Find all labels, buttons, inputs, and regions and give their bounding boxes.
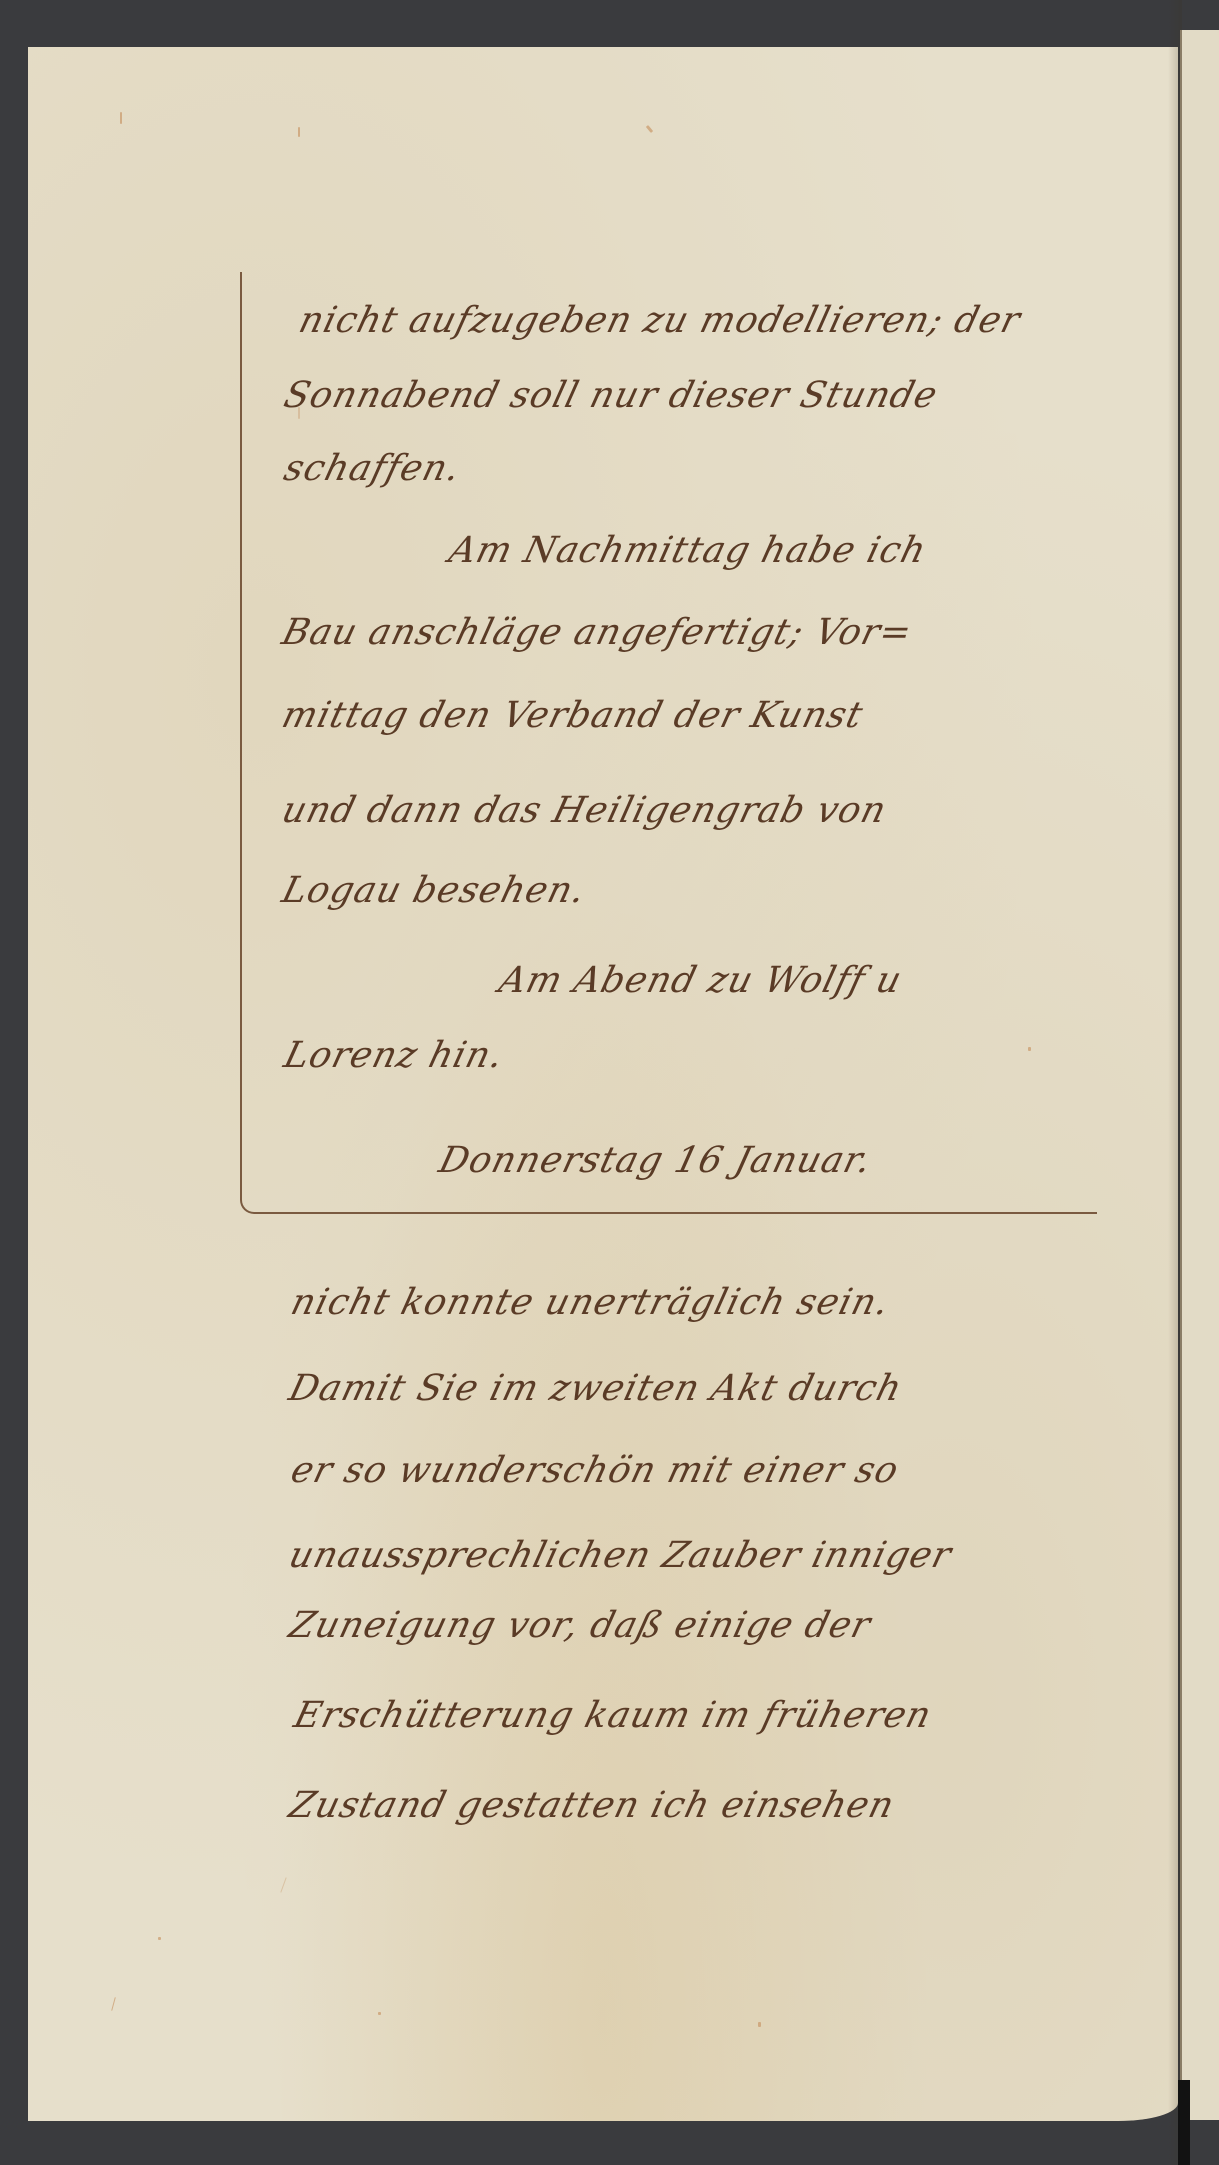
body-line: unaussprechlichen Zauber inniger: [285, 1535, 956, 1576]
date-heading: Donnerstag 16 Januar.: [435, 1140, 876, 1181]
body-line: Zustand gestatten ich einsehen: [285, 1785, 899, 1826]
adjacent-page-edge: [1180, 30, 1219, 2120]
framed-line: und dann das Heiligengrab von: [278, 790, 891, 831]
framed-line: Lorenz hin.: [280, 1035, 508, 1076]
framed-line: Sonnabend soll nur dieser Stunde: [280, 375, 942, 416]
body-line: Erschütterung kaum im früheren: [290, 1695, 936, 1736]
framed-line: Bau anschläge angefertigt; Vor=: [278, 612, 917, 653]
body-line: nicht konnte unerträglich sein.: [287, 1282, 894, 1323]
framed-line: Am Nachmittag habe ich: [445, 530, 931, 571]
framed-line: Logau besehen.: [278, 870, 590, 911]
body-line: Zuneigung vor, daß einige der: [285, 1605, 875, 1646]
framed-line: Am Abend zu Wolff u: [495, 960, 906, 1001]
body-line: er so wunderschön mit einer so: [287, 1450, 903, 1491]
body-line: Damit Sie im zweiten Akt durch: [285, 1368, 907, 1409]
binding-spine: [1178, 2080, 1190, 2165]
framed-line: mittag den Verband der Kunst: [278, 695, 868, 736]
framed-line: nicht aufzugeben zu modellieren; der: [295, 300, 1025, 341]
framed-line: schaffen.: [280, 448, 465, 489]
